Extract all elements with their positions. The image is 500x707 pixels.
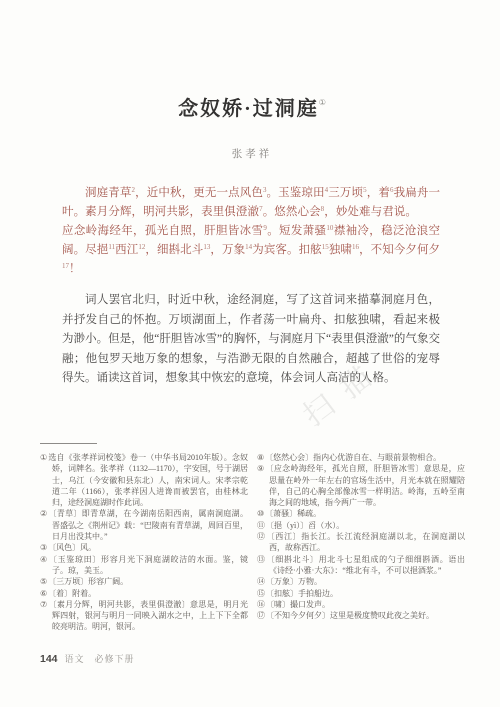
- poem-stanza-2: 应念岭海经年，孤光自照，肝胆皆冰雪9。短发萧骚10襟袖冷，稳泛沧浪空阔。尽挹11…: [62, 225, 440, 275]
- page-number: 144: [40, 653, 58, 665]
- author-name: 张孝祥: [40, 146, 464, 161]
- footnote: ⑮〔扣舷〕手拍船边。: [257, 588, 465, 599]
- footnote: ④〔玉鉴琼田〕形容月光下洞庭湖皎洁的水面。鉴，镜子。琼，美玉。: [40, 554, 248, 577]
- commentary-text: 词人罢官北归，时近中秋，途经洞庭，写了这首词来描摹洞庭月色，并抒发自己的怀抱。万…: [62, 291, 440, 389]
- footnote: ③〔风色〕风。: [40, 542, 248, 553]
- note-ref: 15: [322, 243, 329, 251]
- footnote-number: ⑰: [257, 611, 265, 620]
- footnote: ①选自《张孝祥词校笺》卷一（中华书局2010年版）。念奴娇，词牌名。张孝祥（11…: [40, 452, 248, 508]
- footnote-text: 〔三万顷〕形容广阔。: [48, 577, 128, 586]
- footnote: ⑧〔悠然心会〕指内心优游自在、与眼前景物相合。: [257, 452, 465, 463]
- footnote: ⑭〔万象〕万物。: [257, 576, 465, 587]
- footnote-number: ⑯: [257, 600, 265, 609]
- note-ref: 14: [245, 243, 252, 251]
- footnote-text: 〔啸〕撮口发声。: [266, 600, 330, 609]
- footnote: ⑨〔应念岭海经年，孤光自照，肝胆皆冰雪〕意思是，应思量在岭外一年左右的官场生活中…: [257, 463, 465, 508]
- footnote-text: 〔扣舷〕手拍船边。: [266, 589, 338, 598]
- footnote-text: 〔不知今夕何夕〕这里是极度赞叹此夜之美好。: [266, 611, 434, 620]
- footnote-number: ⑨: [257, 464, 265, 473]
- footnote-number: ⑬: [257, 555, 266, 564]
- footnote-text: 〔风色〕风。: [48, 543, 96, 552]
- note-ref: 4: [325, 186, 329, 194]
- note-ref: 6: [390, 186, 394, 194]
- footnote-text: 〔西江〕指长江。长江流经洞庭湖以北，在洞庭湖以西，故称西江。: [267, 532, 465, 552]
- footnote-text: 〔玉鉴琼田〕形容月光下洞庭湖皎洁的水面。鉴，镜子。琼，美玉。: [49, 555, 248, 575]
- footnote-number: ⑮: [257, 589, 265, 598]
- note-ref: 9: [263, 224, 267, 232]
- footnote-text: 〔青草〕即青草湖，在今湖南岳阳西南，属南洞庭湖。晋盛弘之《荆州记》载：“巴陵南有…: [49, 509, 249, 541]
- note-ref: 7: [259, 205, 263, 213]
- footnote: ⑰〔不知今夕何夕〕这里是极度赞叹此夜之美好。: [257, 610, 465, 621]
- footnote-text: 〔悠然心会〕指内心优游自在、与眼前景物相合。: [265, 453, 441, 462]
- footnote-number: ③: [40, 543, 47, 552]
- note-ref: 2: [131, 186, 135, 194]
- footnote: ⑬〔细斟北斗〕用北斗七星组成的勺子细细斟酒。语出《诗经·小雅·大东》：“维北有斗…: [257, 554, 465, 577]
- note-ref: 11: [108, 243, 115, 251]
- footnote-divider: [40, 443, 97, 444]
- footnote: ⑩〔萧骚〕稀疏。: [257, 508, 465, 519]
- footnote-number: ⑭: [257, 577, 265, 586]
- footnote: ⑥〔着〕附着。: [40, 588, 248, 599]
- page-footer: 144语文必修下册: [40, 652, 135, 665]
- poem-text: 洞庭青草2，近中秋，更无一点风色3。玉鉴琼田4三万顷5，着6我扁舟一叶。素月分辉…: [62, 184, 440, 279]
- footnote-number: ⑫: [257, 532, 266, 541]
- footnote-number: ⑦: [40, 600, 48, 609]
- note-ref: 13: [203, 243, 210, 251]
- poem-title-text: 念奴娇·过洞庭: [178, 98, 319, 120]
- page-title: 念奴娇·过洞庭①: [40, 0, 464, 121]
- subject-label: 语文: [65, 654, 85, 664]
- page-content: 念奴娇·过洞庭① 张孝祥 洞庭青草2，近中秋，更无一点风色3。玉鉴琼田4三万顷5…: [0, 0, 500, 389]
- footnote-number: ④: [40, 555, 48, 564]
- note-ref: 10: [326, 224, 333, 232]
- volume-label: 必修下册: [95, 654, 135, 664]
- footnote: ⑤〔三万顷〕形容广阔。: [40, 576, 248, 587]
- footnote-number: ⑧: [257, 453, 264, 462]
- note-ref: 16: [352, 243, 359, 251]
- note-ref: 17: [62, 262, 69, 270]
- footnote: ②〔青草〕即青草湖，在今湖南岳阳西南，属南洞庭湖。晋盛弘之《荆州记》载：“巴陵南…: [40, 508, 248, 542]
- footnote-number: ②: [40, 509, 48, 518]
- footnote-number: ⑤: [40, 577, 47, 586]
- note-ref: 12: [138, 243, 145, 251]
- textbook-page: 念奴娇·过洞庭① 张孝祥 洞庭青草2，近中秋，更无一点风色3。玉鉴琼田4三万顷5…: [0, 0, 500, 707]
- footnote-text: 〔细斟北斗〕用北斗七星组成的勺子细细斟酒。语出《诗经·小雅·大东》：“维北有斗，…: [267, 555, 465, 575]
- footnote-columns: ①选自《张孝祥词校笺》卷一（中华书局2010年版）。念奴娇，词牌名。张孝祥（11…: [40, 452, 465, 633]
- footnote-text: 〔万象〕万物。: [266, 577, 322, 586]
- footnote-text: 〔萧骚〕稀疏。: [265, 509, 321, 518]
- footnote-number: ⑩: [257, 509, 264, 518]
- note-ref: 8: [321, 205, 325, 213]
- note-ref: 5: [363, 186, 367, 194]
- footnote: ⑪〔挹（yì）〕舀（水）。: [257, 520, 465, 531]
- footnote-text: 〔挹（yì）〕舀（水）。: [266, 521, 344, 530]
- footnote-number: ⑥: [40, 589, 47, 598]
- footnote-text: 〔应念岭海经年，孤光自照，肝胆皆冰雪〕意思是，应思量在岭外一年左右的官场生活中，…: [266, 464, 466, 507]
- poem-stanza-1: 洞庭青草2，近中秋，更无一点风色3。玉鉴琼田4三万顷5，着6我扁舟一叶。素月分辉…: [62, 187, 440, 218]
- footnote-text: 〔素月分辉，明河共影，表里俱澄澈〕意思是，明月光辉四射，银河与明月一同映入湖水之…: [49, 600, 249, 632]
- footnote-text: 〔着〕附着。: [48, 589, 96, 598]
- title-note-ref: ①: [319, 98, 326, 107]
- note-ref: 3: [263, 186, 267, 194]
- footnote-number: ①: [40, 453, 47, 462]
- footnotes-section: ①选自《张孝祥词校笺》卷一（中华书局2010年版）。念奴娇，词牌名。张孝祥（11…: [40, 443, 465, 633]
- footnote: ⑯〔啸〕撮口发声。: [257, 599, 465, 610]
- footnote-number: ⑪: [257, 521, 265, 530]
- footnote: ⑦〔素月分辉，明河共影，表里俱澄澈〕意思是，明月光辉四射，银河与明月一同映入湖水…: [40, 599, 248, 633]
- footnotes-right-column: ⑧〔悠然心会〕指内心优游自在、与眼前景物相合。 ⑨〔应念岭海经年，孤光自照，肝胆…: [257, 452, 465, 633]
- footnotes-left-column: ①选自《张孝祥词校笺》卷一（中华书局2010年版）。念奴娇，词牌名。张孝祥（11…: [40, 452, 248, 633]
- footnote: ⑫〔西江〕指长江。长江流经洞庭湖以北，在洞庭湖以西，故称西江。: [257, 531, 465, 554]
- footnote-text: 选自《张孝祥词校笺》卷一（中华书局2010年版）。念奴娇，词牌名。张孝祥（113…: [48, 453, 248, 507]
